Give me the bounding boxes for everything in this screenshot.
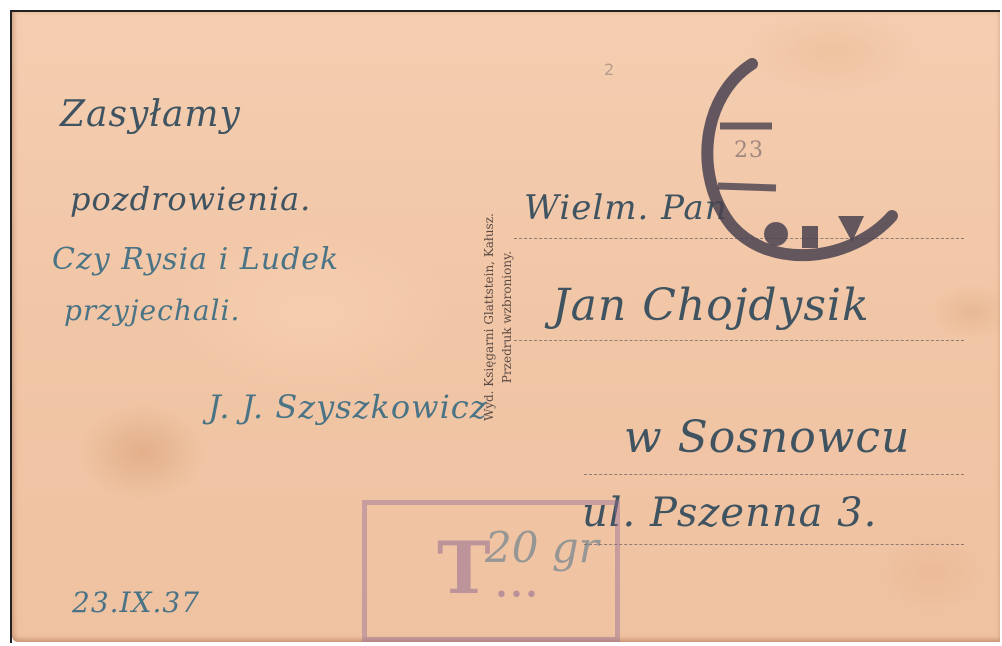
message-line-4: przyjechali. xyxy=(64,294,240,327)
signature: J. J. Szyszkowicz xyxy=(208,388,488,426)
address-name: Jan Chojdysik xyxy=(552,280,870,331)
postmark-date: 23 xyxy=(734,138,764,163)
address-rule-4 xyxy=(584,544,964,545)
message-line-2: pozdrowienia. xyxy=(70,180,311,218)
postmark-icon xyxy=(692,56,912,271)
publisher-line-2: Przedruk wzbroniony. xyxy=(498,172,516,462)
pencil-mark: 2 xyxy=(604,60,614,79)
postage-due-dots: ••• xyxy=(495,583,540,608)
address-rule-3 xyxy=(584,474,964,475)
postcard: 2 Zasyłamy pozdrowienia. Czy Rysia i Lud… xyxy=(12,12,1000,642)
address-street: ul. Pszenna 3. xyxy=(582,490,877,536)
publisher-line-1: Wyd. Księgarni Glattstein, Kałusz. xyxy=(480,172,498,462)
postage-due-amount: 20 gr xyxy=(485,523,599,572)
postage-due-stamp: T ••• 20 gr xyxy=(362,500,620,642)
address-city: w Sosnowcu xyxy=(624,412,910,463)
message-line-1: Zasyłamy xyxy=(60,94,241,135)
message-line-3: Czy Rysia i Ludek xyxy=(52,242,339,277)
postage-due-letter: T xyxy=(437,525,491,610)
message-date: 23.IX.37 xyxy=(72,586,200,619)
address-rule-2 xyxy=(514,340,964,341)
publisher-imprint: Wyd. Księgarni Glattstein, Kałusz. Przed… xyxy=(480,172,528,462)
